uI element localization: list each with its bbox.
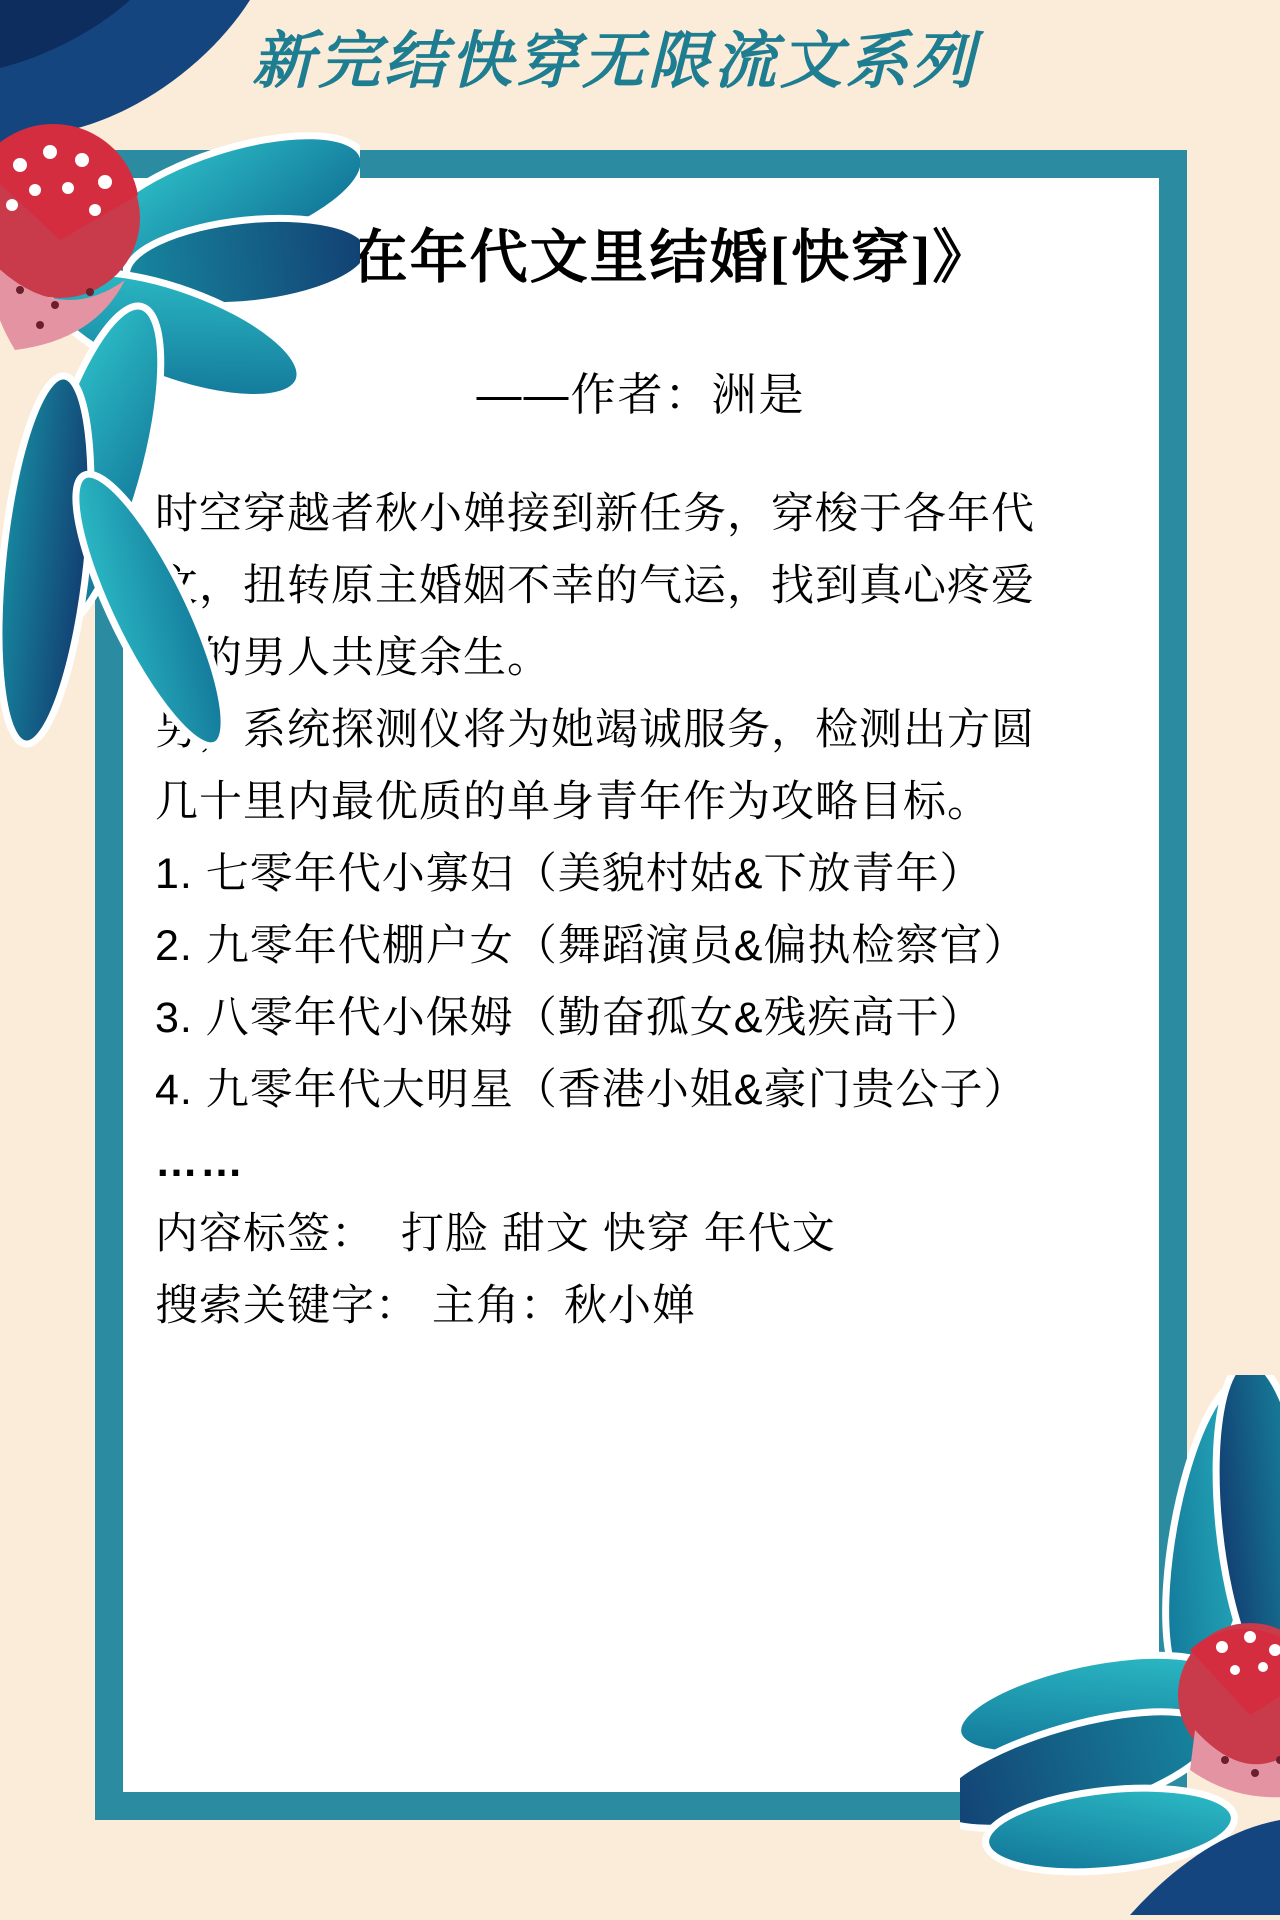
body-line-list-item: 2. 九零年代棚户女（舞蹈演员&偏执检察官） [155, 910, 1135, 982]
book-title: 《在年代文里结婚[快穿]》 [137, 218, 1145, 298]
search-keywords-line: 搜索关键字： 主角：秋小婵 [155, 1270, 1135, 1342]
body-line-list-item: 4. 九零年代大明星（香港小姐&豪门贵公子） [155, 1054, 1135, 1126]
content-tags-line: 内容标签： 打脸 甜文 快穿 年代文 [155, 1198, 1135, 1270]
series-header: 新完结快穿无限流文系列 [215, 22, 1015, 102]
body-line: 几十里内最优质的单身青年作为攻略目标。 [155, 766, 1135, 838]
body-line-list-item: 3. 八零年代小保姆（勤奋孤女&残疾高干） [155, 982, 1135, 1054]
ellipsis-line: …… [155, 1126, 1135, 1198]
body-line: 她的男人共度余生。 [155, 622, 1135, 694]
body-line: 时空穿越者秋小婵接到新任务，穿梭于各年代 [155, 478, 1135, 550]
book-description: 时空穿越者秋小婵接到新任务，穿梭于各年代 文，扭转原主婚姻不幸的气运，找到真心疼… [137, 478, 1145, 1342]
body-line: 另，系统探测仪将为她竭诚服务，检测出方圆 [155, 694, 1135, 766]
body-line: 文，扭转原主婚姻不幸的气运，找到真心疼爱 [155, 550, 1135, 622]
book-card: 《在年代文里结婚[快穿]》 ——作者：洲是 时空穿越者秋小婵接到新任务，穿梭于各… [123, 178, 1159, 1792]
author-line: ——作者：洲是 [137, 364, 1145, 426]
book-card-frame: 《在年代文里结婚[快穿]》 ——作者：洲是 时空穿越者秋小婵接到新任务，穿梭于各… [95, 150, 1187, 1820]
body-line-list-item: 1. 七零年代小寡妇（美貌村姑&下放青年） [155, 838, 1135, 910]
